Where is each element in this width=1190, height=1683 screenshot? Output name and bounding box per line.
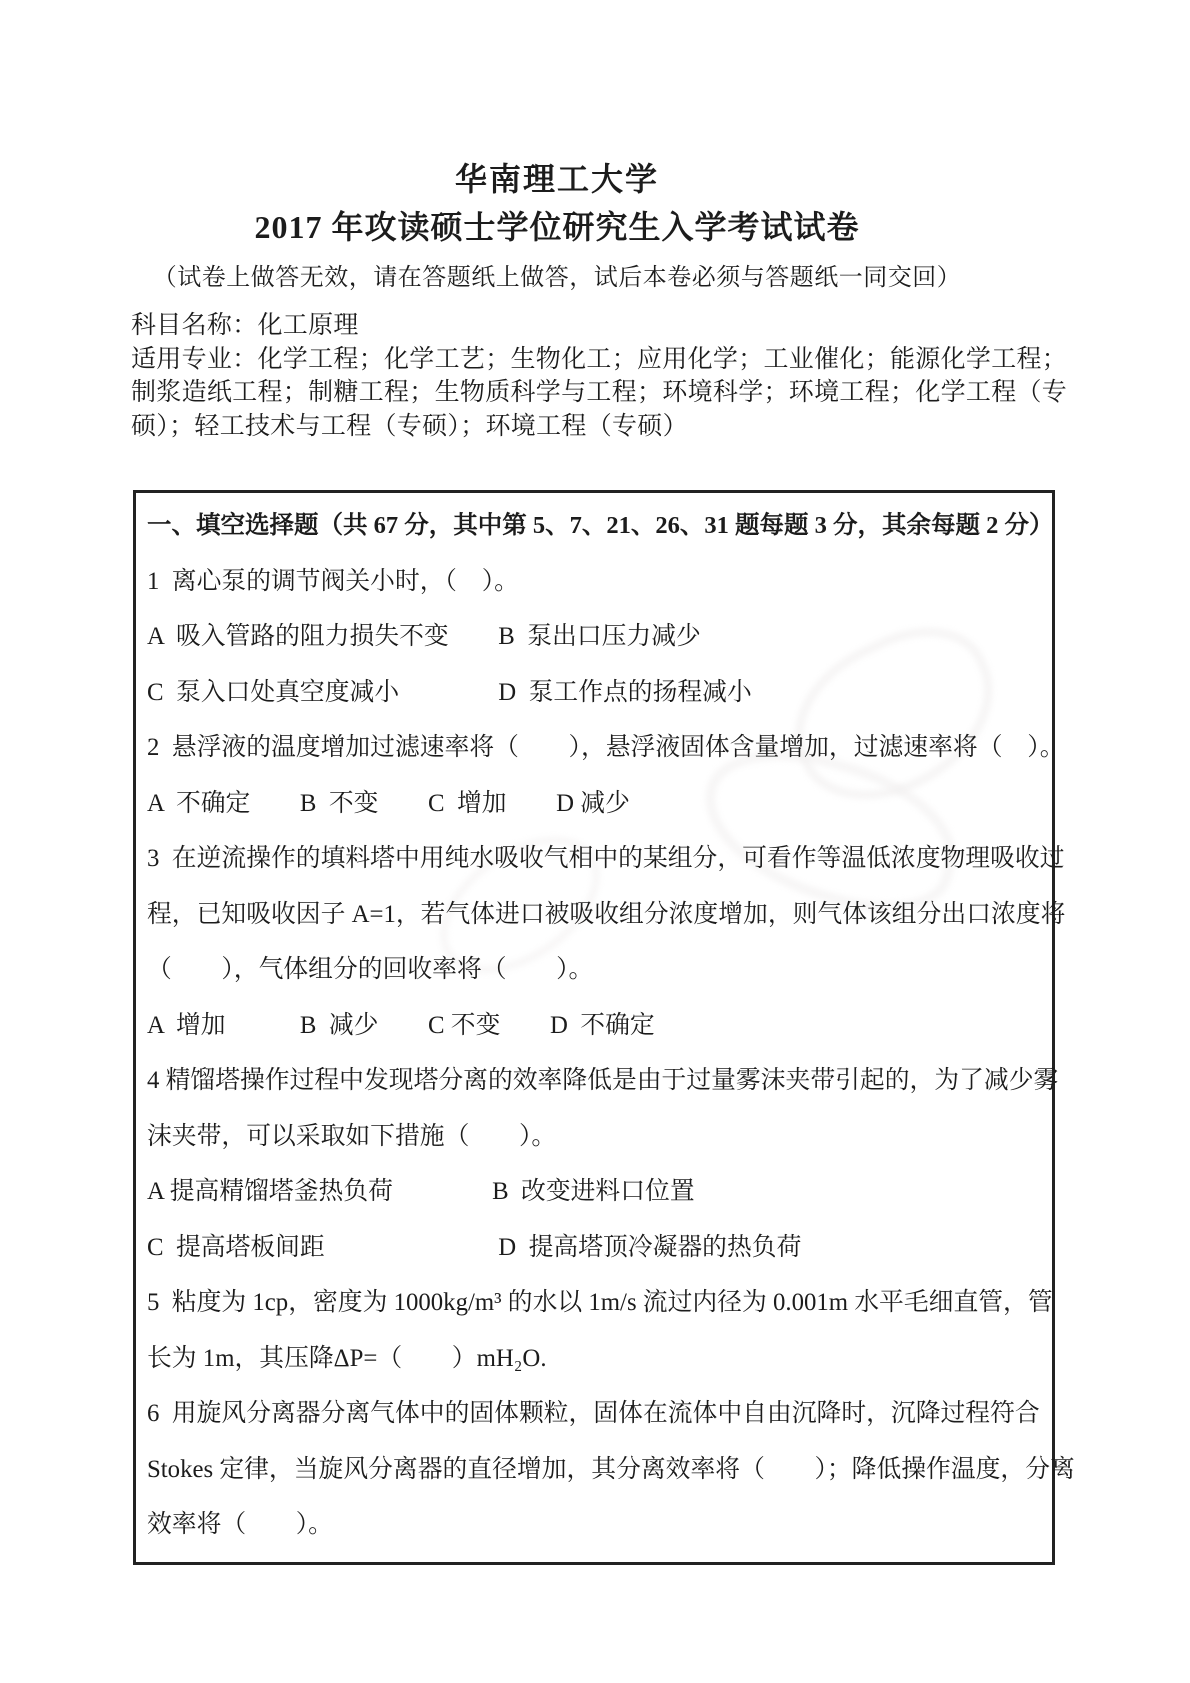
question-line: Stokes 定律，当旋风分离器的直径增加，其分离效率将（ ）；降低操作温度，分…	[147, 1442, 1041, 1498]
question-line: A 不确定 B 不变 C 增加 D 减少	[147, 776, 1041, 832]
question-line: 5 粘度为 1cp，密度为 1000kg/m³ 的水以 1m/s 流过内径为 0…	[147, 1275, 1041, 1331]
exam-paper-page: 华南理工大学 2017 年攻读硕士学位研究生入学考试试卷 （试卷上做答无效，请在…	[131, 156, 1061, 1565]
question-line: 6 用旋风分离器分离气体中的固体颗粒，固体在流体中自由沉降时，沉降过程符合	[147, 1386, 1041, 1442]
question-line: 效率将（ ）。	[147, 1497, 1041, 1553]
question-line: 1 离心泵的调节阀关小时，（ ）。	[147, 554, 1041, 610]
question-line: 沫夹带，可以采取如下措施（ ）。	[147, 1109, 1041, 1165]
question-line: A 增加 B 减少 C 不变 D 不确定	[147, 998, 1041, 1054]
subject-name-line: 科目名称：化工原理	[131, 309, 1001, 343]
exam-meta: 科目名称：化工原理 适用专业：化学工程；化学工艺；生物化工；应用化学；工业催化；…	[131, 309, 1001, 443]
applicable-majors: 适用专业：化学工程；化学工艺；生物化工；应用化学；工业催化；能源化学工程；制浆造…	[131, 343, 1001, 444]
question-line: 程，已知吸收因子 A=1，若气体进口被吸收组分浓度增加，则气体该组分出口浓度将	[147, 887, 1041, 943]
question-section-box: 一、填空选择题（共 67 分，其中第 5、7、21、26、31 题每题 3 分，…	[133, 490, 1055, 1565]
majors-line: 适用专业：化学工程；化学工艺；生物化工；应用化学；工业催化；能源化学工程；	[131, 343, 1001, 377]
question-line: C 提高塔板间距 D 提高塔顶冷凝器的热负荷	[147, 1220, 1041, 1276]
question-line: C 泵入口处真空度减小 D 泵工作点的扬程减小	[147, 665, 1041, 721]
exam-title: 2017 年攻读硕士学位研究生入学考试试卷	[131, 202, 983, 252]
majors-line: 硕）；轻工技术与工程（专硕）；环境工程（专硕）	[131, 410, 1001, 444]
question-line: 3 在逆流操作的填料塔中用纯水吸收气相中的某组分，可看作等温低浓度物理吸收过	[147, 831, 1041, 887]
answer-sheet-notice: （试卷上做答无效，请在答题纸上做答，试后本卷必须与答题纸一同交回）	[131, 252, 983, 304]
question-line: A 提高精馏塔釜热负荷 B 改变进料口位置	[147, 1164, 1041, 1220]
university-title: 华南理工大学	[131, 156, 983, 202]
question-line: （ ），气体组分的回收率将（ ）。	[147, 942, 1041, 998]
majors-line: 制浆造纸工程；制糖工程；生物质科学与工程；环境科学；环境工程；化学工程（专	[131, 376, 1001, 410]
question-line: 4 精馏塔操作过程中发现塔分离的效率降低是由于过量雾沫夹带引起的，为了减少雾	[147, 1053, 1041, 1109]
question-lines: 1 离心泵的调节阀关小时，（ ）。A 吸入管路的阻力损失不变 B 泵出口压力减少…	[147, 554, 1041, 1553]
question-line: A 吸入管路的阻力损失不变 B 泵出口压力减少	[147, 609, 1041, 665]
question-line: 长为 1m，其压降ΔP=（ ）mH₂O.	[147, 1331, 1041, 1387]
section-one-header: 一、填空选择题（共 67 分，其中第 5、7、21、26、31 题每题 3 分，…	[147, 498, 1041, 554]
question-line: 2 悬浮液的温度增加过滤速率将（ ），悬浮液固体含量增加，过滤速率将（ ）。	[147, 720, 1041, 776]
paper-header: 华南理工大学 2017 年攻读硕士学位研究生入学考试试卷 （试卷上做答无效，请在…	[131, 156, 983, 304]
